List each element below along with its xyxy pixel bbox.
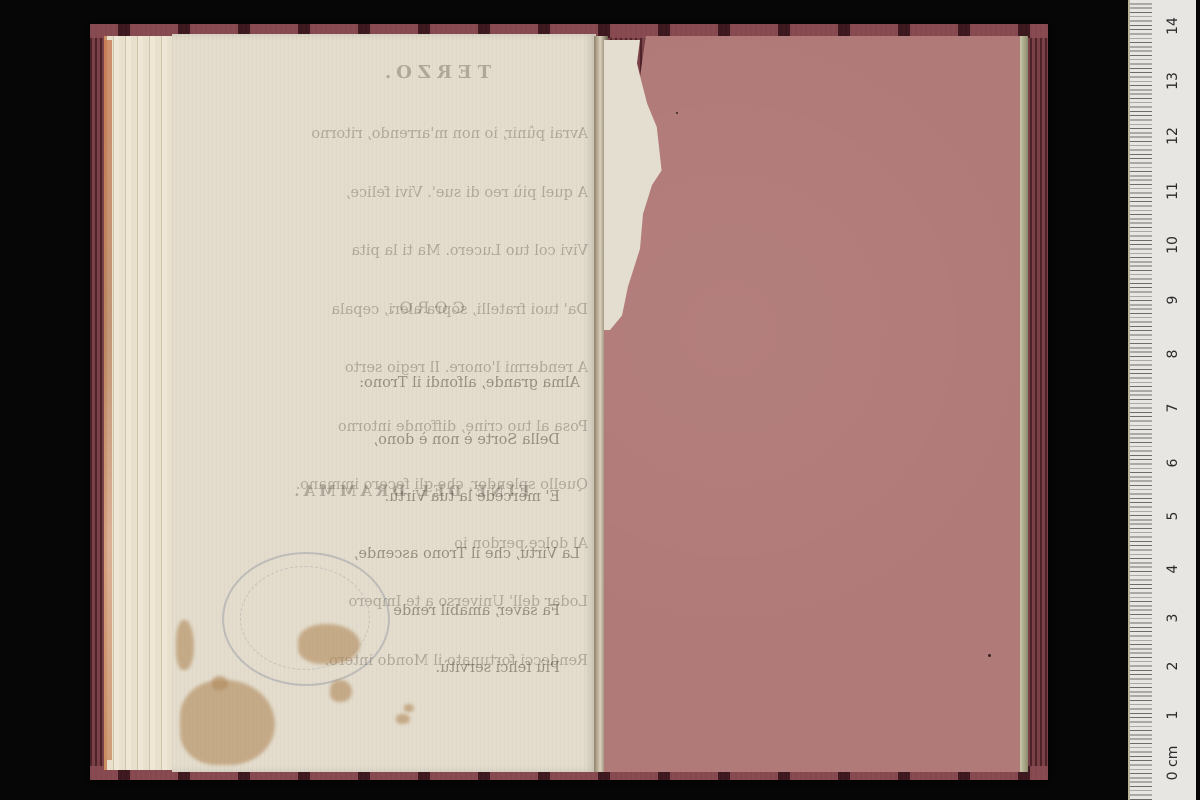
show-through-title: TERZO. [300, 62, 570, 83]
water-stain [396, 714, 410, 724]
ruler-label: 12 [1165, 123, 1181, 149]
ruler-label: 1 [1165, 702, 1181, 728]
water-stain [330, 680, 352, 702]
chorus-heading: CORO. [350, 298, 500, 317]
ruler-label: 13 [1165, 68, 1181, 94]
text-line: Avrai pûnir, io non m'arrendo, ritorno [188, 125, 588, 145]
ruler-label: 14 [1165, 13, 1181, 39]
ruler-ticks [1130, 0, 1152, 800]
water-stain [180, 680, 275, 765]
text-line: Vivi col tuo Lucero. Ma ti la pita [188, 242, 588, 262]
endpaper-edge [1020, 36, 1028, 772]
water-stain [176, 620, 194, 670]
verse-line: Alma grande, alfondi il Trono: [250, 374, 580, 393]
text-line: A quel più reo di sue'. Vivi felice, [188, 184, 588, 204]
ruler-label: 2 [1165, 653, 1181, 679]
pink-endpaper [604, 36, 1022, 772]
ruler-label: 7 [1165, 395, 1181, 421]
water-stain [404, 704, 414, 712]
ruler-label: 3 [1165, 605, 1181, 631]
ruler-label: 9 [1165, 287, 1181, 313]
page-stack-edge [104, 36, 181, 770]
ruler-label: 4 [1165, 556, 1181, 582]
ruler-label: 8 [1165, 341, 1181, 367]
ruler-label: 11 [1165, 178, 1181, 204]
foxing-stain [104, 40, 112, 760]
ruler-label: 5 [1165, 503, 1181, 529]
ruler-label: 6 [1165, 450, 1181, 476]
water-stain [298, 624, 360, 664]
paper-speck [988, 654, 991, 657]
ruler-label: 0 cm [1165, 743, 1181, 783]
paper-speck [676, 112, 678, 114]
verse-line: Della Sorte è non è dono, [250, 431, 580, 450]
closing-text: FINE DEL DRAMMA. [290, 482, 530, 500]
ruler-label: 10 [1165, 232, 1181, 258]
water-stain [212, 676, 228, 690]
